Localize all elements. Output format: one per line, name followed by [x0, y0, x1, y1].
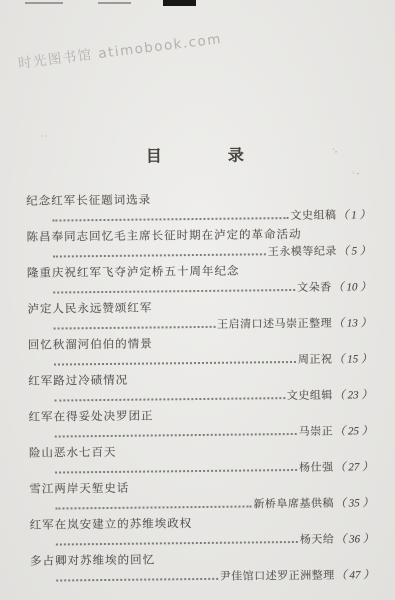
entry-byline: 王永模等纪录 （ 5 ） [53, 243, 371, 263]
entry-page-number: （ 47 ） [336, 567, 375, 584]
scan-artifact-bar [163, 0, 196, 6]
dotted-leader [56, 569, 218, 582]
entry-author: 文朵香 [297, 280, 332, 297]
entry-author: 尹佳馆口述罗正洲整理 [220, 568, 335, 586]
entry-author: 新桥阜席基供稿 [253, 496, 334, 514]
entry-author: 文史组稿 [290, 208, 336, 225]
entry-byline: 马崇正 （ 25 ） [55, 423, 373, 443]
entry-page-number: （ 25 ） [334, 423, 373, 440]
entry-author: 马崇正 [299, 424, 334, 441]
dotted-leader [54, 352, 296, 366]
toc-entry: 隆重庆祝红军飞夺泸定桥五十周年纪念 文朵香 （ 10 ） [27, 262, 371, 300]
entry-author: 王永模等纪录 [268, 244, 337, 262]
entry-page-number: （ 15 ） [333, 351, 372, 368]
entry-author: 周正祝 [298, 352, 333, 369]
toc-entry: 多占卿对苏维埃的回忆 尹佳馆口述罗正洲整理 （ 47 ） [30, 550, 374, 588]
entry-author: 文史组辑 [287, 388, 333, 405]
entry-page-number: （ 10 ） [333, 279, 372, 296]
table-of-contents: 目 录 纪念红军长征题词选录 文史组稿 （ 1 ） 陈昌奉同志回忆毛主席长征时期… [26, 141, 375, 590]
entry-byline: 王启清口述马崇正整理 （ 13 ） [54, 315, 372, 335]
toc-entry: 红军路过冷碛情况 文史组辑 （ 23 ） [28, 370, 372, 408]
toc-entry: 红军在得妥处决罗团正 马崇正 （ 25 ） [28, 406, 372, 444]
entry-page-number: （ 1 ） [337, 207, 370, 224]
entry-page-number: （ 23 ） [334, 387, 373, 404]
entry-author: 杨天给 [300, 532, 335, 549]
dotted-leader [53, 244, 266, 257]
dotted-leader [54, 317, 216, 330]
scan-artifact-line [98, 2, 131, 4]
toc-entry: 险山恶水七百天 杨仕强 （ 27 ） [29, 442, 373, 480]
entry-page-number: （ 35 ） [335, 495, 374, 512]
entry-byline: 文史组稿 （ 1 ） [52, 207, 370, 227]
watermark: 时光图书馆 atimobook.com [17, 27, 223, 72]
entry-byline: 尹佳馆口述罗正洲整理 （ 47 ） [56, 567, 374, 587]
scanned-book-page: ·‚ · · · - 时光图书馆 atimobook.com 目 录 纪念红军长… [0, 0, 395, 600]
dotted-leader [55, 496, 251, 509]
dotted-leader [55, 460, 297, 474]
entry-byline: 杨天给 （ 36 ） [56, 531, 374, 551]
entry-page-number: （ 36 ） [335, 531, 374, 548]
scan-artifact-line [25, 2, 63, 4]
entry-page-number: （ 5 ） [338, 243, 371, 260]
entry-byline: 新桥阜席基供稿 （ 35 ） [55, 495, 373, 515]
toc-entry: 回忆秋溜河伯伯的情景 周正祝 （ 15 ） [28, 334, 372, 372]
dotted-leader [54, 388, 285, 401]
dotted-leader [52, 208, 288, 221]
entry-page-number: （ 13 ） [333, 315, 372, 332]
dotted-leader [55, 424, 297, 438]
entry-byline: 周正祝 （ 15 ） [54, 351, 372, 371]
entry-byline: 文朵香 （ 10 ） [53, 279, 371, 299]
dotted-leader [56, 532, 298, 546]
entry-page-number: （ 27 ） [334, 459, 373, 476]
entry-byline: 文史组辑 （ 23 ） [54, 387, 372, 407]
entry-byline: 杨仕强 （ 27 ） [55, 459, 373, 479]
entry-author: 王启清口述马崇正整理 [217, 316, 332, 334]
toc-entry: 纪念红军长征题词选录 文史组稿 （ 1 ） [26, 190, 370, 228]
toc-entry: 泸定人民永远赞颂红军 王启清口述马崇正整理 （ 13 ） [27, 298, 371, 336]
toc-entry: 雪江两岸天堑史话 新桥阜席基供稿 （ 35 ） [29, 478, 373, 516]
scan-speck: · · [40, 133, 47, 141]
entry-author: 杨仕强 [299, 460, 334, 477]
toc-entry: 红军在岚安建立的苏维埃政权 杨天给 （ 36 ） [30, 514, 374, 552]
dotted-leader [53, 280, 295, 294]
page-title: 目 录 [26, 141, 370, 168]
toc-entry: 陈昌奉同志回忆毛主席长征时期在泸定的革命活动 王永模等纪录 （ 5 ） [27, 226, 371, 264]
